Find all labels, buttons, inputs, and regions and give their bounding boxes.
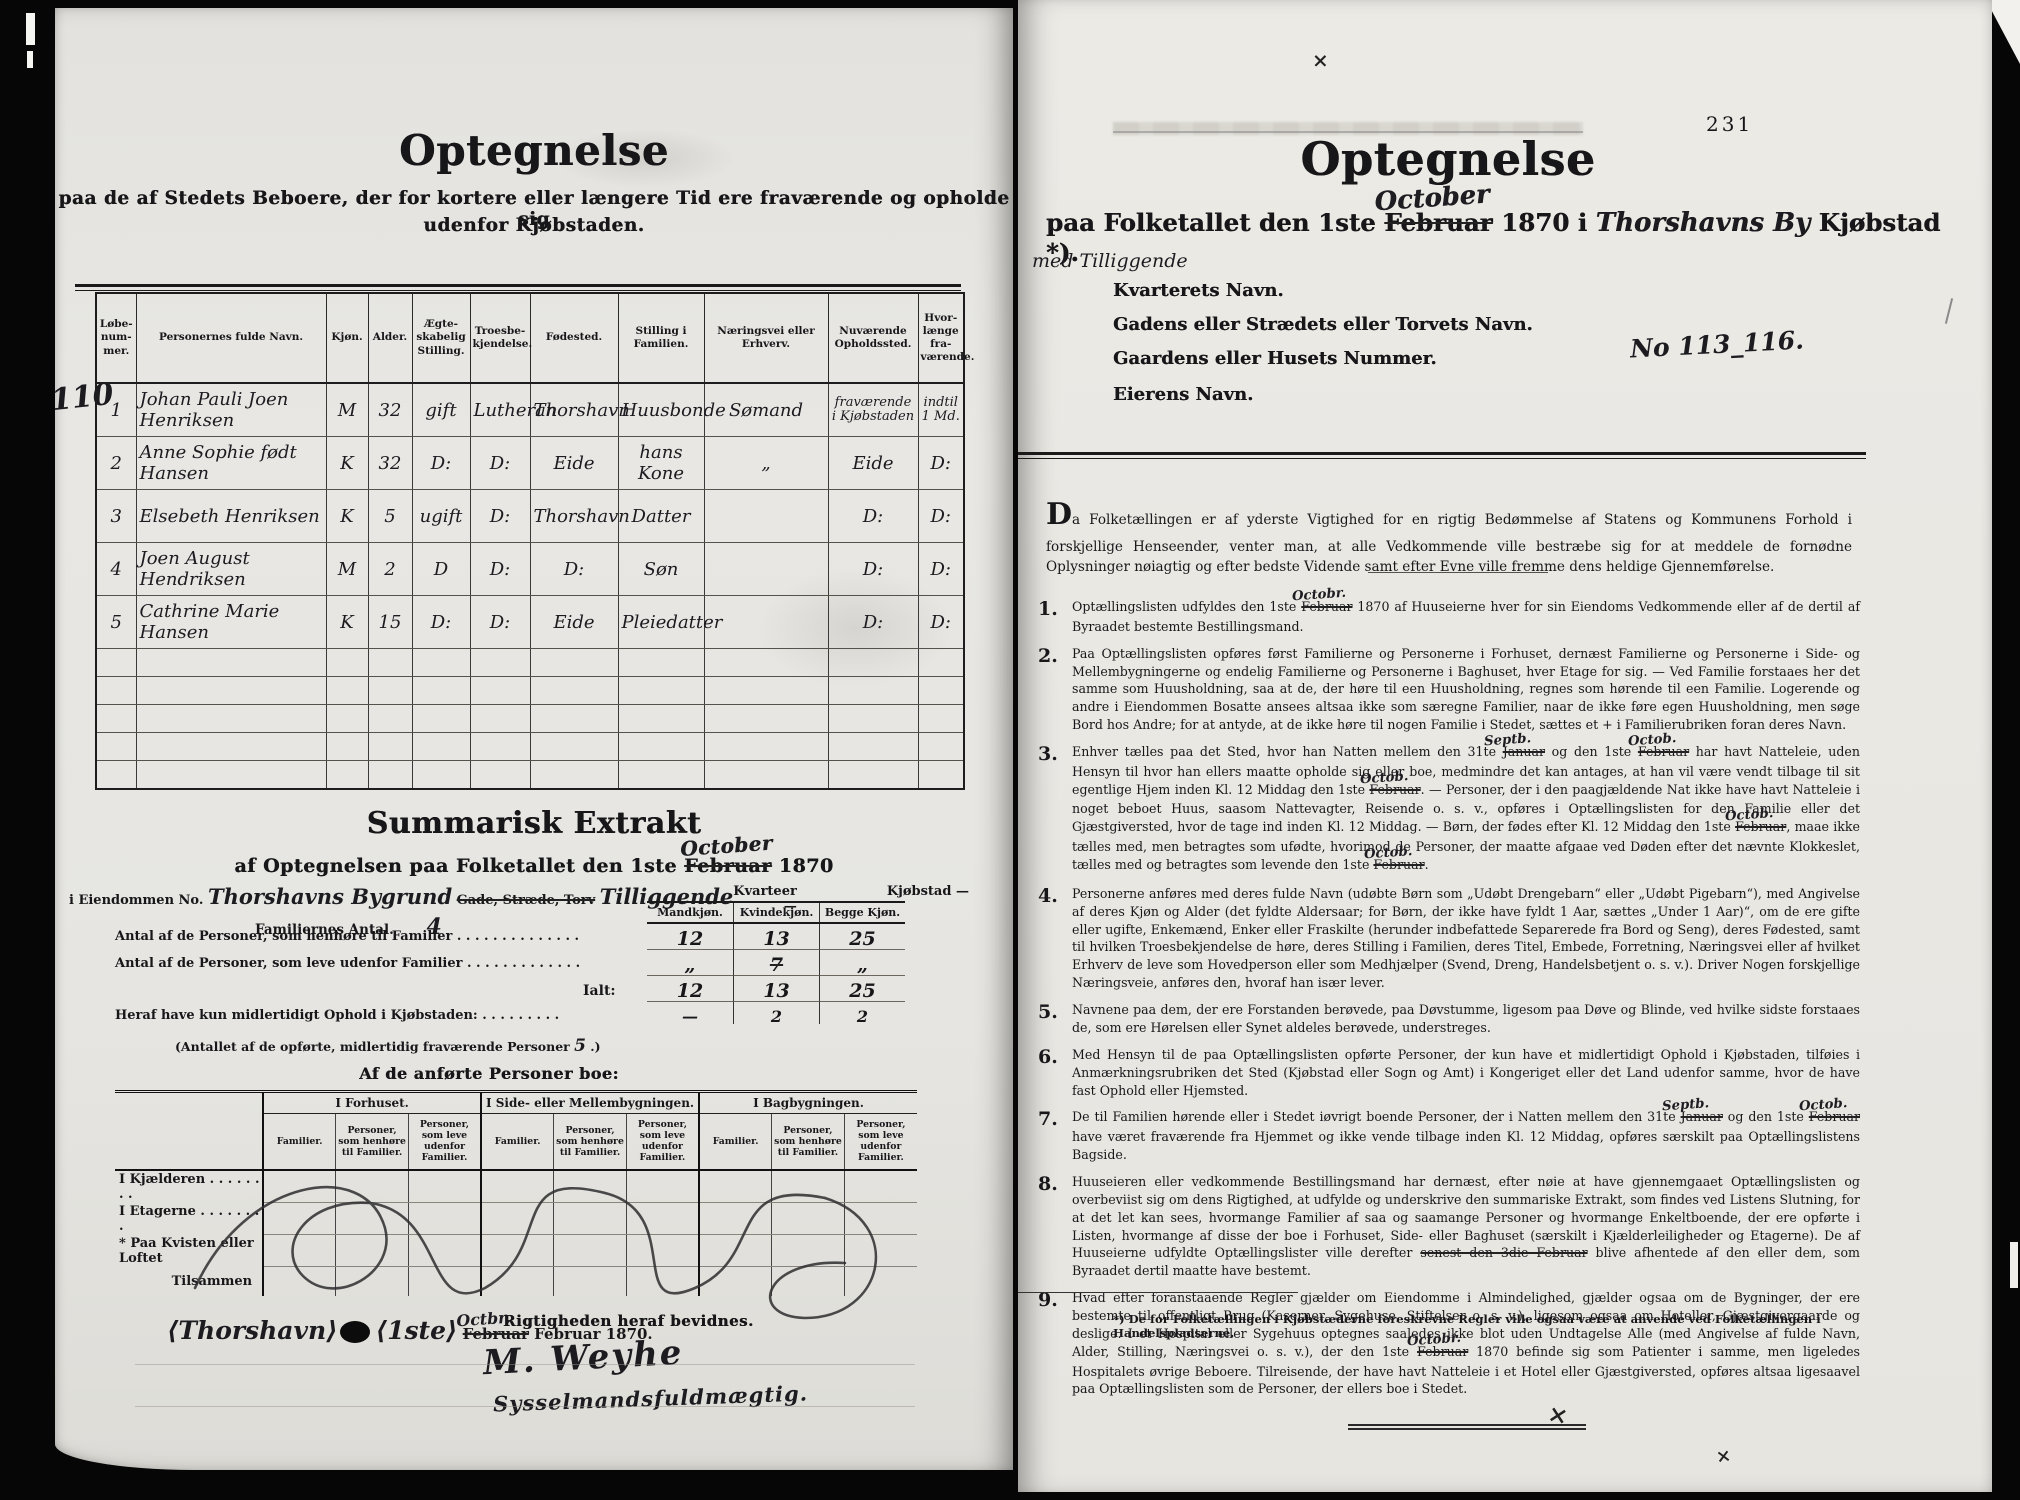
mini-table-row-temporary: — 2 2 bbox=[647, 1002, 905, 1024]
instruction-item: 9. Hvad efter foranstaaende Regler gjæld… bbox=[1038, 1289, 1860, 1398]
divider-rule bbox=[75, 284, 961, 291]
table-row-empty bbox=[96, 705, 964, 733]
cell-sex: K bbox=[326, 596, 368, 649]
cell-marital: D bbox=[412, 543, 470, 596]
cell-age: 5 bbox=[368, 490, 412, 543]
col-header-kjon: Kjøn. bbox=[326, 293, 368, 383]
cell-marital: gift bbox=[412, 383, 470, 437]
instruction-item: 2. Paa Optællingslisten opføres først Fa… bbox=[1038, 645, 1860, 734]
item-text: Hvad efter foranstaaende Regler gjælder … bbox=[1072, 1289, 1860, 1398]
footnote-rule bbox=[1018, 1292, 1298, 1293]
group-bagbygningen: I Bagbygningen. bbox=[699, 1092, 917, 1114]
item-text: De til Familien hørende eller i Stedet i… bbox=[1072, 1108, 1860, 1164]
attestation-line: Rigtigheden heraf bevidnes. bbox=[503, 1312, 754, 1330]
cell-no: 5 bbox=[96, 596, 136, 649]
handwritten-addition: med Tilliggende bbox=[1032, 250, 1188, 272]
cell-marital: ugift bbox=[412, 490, 470, 543]
pen-x-mark: × bbox=[1312, 48, 1329, 72]
extract-title: Summarisk Extrakt bbox=[55, 806, 1013, 841]
cell-duration: D: bbox=[918, 596, 964, 649]
total-label: Ialt: bbox=[583, 983, 616, 999]
mini-table-header: Mandkjøn. Kvindekjøn. Begge Kjøn. bbox=[647, 903, 905, 924]
sub-henhore: Personer, som henhøre til Familier. bbox=[336, 1114, 409, 1170]
col-header-fravarende: Hvor- længe fra- værende. bbox=[918, 293, 964, 383]
cell-name: Johan Pauli Joen Henriksen bbox=[136, 383, 326, 437]
sub-udenfor: Personer, som leve udenfor Familier. bbox=[844, 1114, 917, 1170]
cell-residence: D: bbox=[828, 543, 918, 596]
scan-notch bbox=[27, 51, 33, 68]
ink-blot bbox=[340, 1321, 370, 1343]
scanned-census-spread: Optegnelse paa de af Stedets Beboere, de… bbox=[0, 0, 2020, 1500]
cell-family: Pleiedatter bbox=[618, 596, 704, 649]
col-mandkjon: Mandkjøn. bbox=[647, 903, 733, 922]
residence-table: I Forhuset. I Side- eller Mellembygninge… bbox=[115, 1090, 917, 1296]
col-beggekjon: Begge Kjøn. bbox=[819, 903, 905, 922]
cell-faith: D: bbox=[470, 543, 530, 596]
label-street: Gadens eller Strædets eller Torvets Navn… bbox=[1113, 314, 1533, 335]
table-row-empty bbox=[96, 649, 964, 677]
cell-duration: D: bbox=[918, 543, 964, 596]
item-number: 2. bbox=[1038, 645, 1072, 734]
section-rule bbox=[1368, 572, 1548, 573]
group-forhuset: I Forhuset. bbox=[263, 1092, 481, 1114]
cell-family: hans Kone bbox=[618, 437, 704, 490]
scan-edge-mark bbox=[2010, 1242, 2018, 1288]
summary-mini-table: Mandkjøn. Kvindekjøn. Begge Kjøn. 12 13 … bbox=[647, 901, 905, 1024]
table-row-empty bbox=[96, 733, 964, 761]
divider-rule bbox=[1018, 452, 1866, 459]
col-header-stand: Ægte- skabelig Stilling. bbox=[412, 293, 470, 383]
item-text: Med Hensyn til de paa Optællingslisten o… bbox=[1072, 1046, 1860, 1100]
cell-duration: D: bbox=[918, 437, 964, 490]
cell-birth: D: bbox=[530, 543, 618, 596]
mini-table-row: „ 7 „ bbox=[647, 950, 905, 976]
cell-duration: D: bbox=[918, 490, 964, 543]
value-cell: — bbox=[647, 1002, 733, 1024]
pen-x-mark: × bbox=[1715, 1445, 1733, 1468]
cell-duration: indtil 1 Md. bbox=[918, 383, 964, 437]
cell-faith: D: bbox=[470, 437, 530, 490]
bleedthrough-line bbox=[135, 1406, 915, 1407]
footnote: *) De for Folketællingen i Kjøbstæderne … bbox=[1113, 1312, 1833, 1340]
cell-age: 32 bbox=[368, 437, 412, 490]
cell-residence: D: bbox=[828, 490, 918, 543]
cell-faith: D: bbox=[470, 596, 530, 649]
item-number: 8. bbox=[1038, 1173, 1072, 1280]
label-owner: Eierens Navn. bbox=[1113, 384, 1253, 405]
table-row: 2 Anne Sophie født Hansen K 32 D: D: Eid… bbox=[96, 437, 964, 490]
col-header-lobenummer: Løbe- num- mer. bbox=[96, 293, 136, 383]
item-number: 1. bbox=[1038, 598, 1072, 636]
sub-familier: Familier. bbox=[699, 1114, 772, 1170]
instruction-item: 8. Huuseieren eller vedkommende Bestilli… bbox=[1038, 1173, 1860, 1280]
place-handwritten: ⟨Thorshavn⟩ bbox=[167, 1316, 338, 1345]
group-mellembygningen: I Side- eller Mellembygningen. bbox=[481, 1092, 699, 1114]
cell-residence: Eide bbox=[828, 437, 918, 490]
cell-age: 15 bbox=[368, 596, 412, 649]
instruction-item: 5. Navnene paa dem, der ere Forstanden b… bbox=[1038, 1001, 1860, 1037]
instructions-list: 1. Optællingslisten udfyldes den 1ste Fe… bbox=[1038, 598, 1860, 1407]
col-kvindekjon: Kvindekjøn. bbox=[733, 903, 819, 922]
cell-family: Datter bbox=[618, 490, 704, 543]
cell-faith: Lutheran bbox=[470, 383, 530, 437]
value-cell: 2 bbox=[819, 1002, 905, 1024]
table-header-row: Løbe- num- mer. Personernes fulde Navn. … bbox=[96, 293, 964, 383]
table-row-empty bbox=[96, 761, 964, 790]
col-header-stilling: Stilling i Familien. bbox=[618, 293, 704, 383]
cell-marital: D: bbox=[412, 596, 470, 649]
cell-sex: M bbox=[326, 543, 368, 596]
col-header-navn: Personernes fulde Navn. bbox=[136, 293, 326, 383]
cell-trade bbox=[704, 596, 828, 649]
item-text: Paa Optællingslisten opføres først Famil… bbox=[1072, 645, 1860, 734]
row-kvisten: * Paa Kvisten eller Loftet bbox=[115, 1235, 263, 1267]
cell-no: 1 bbox=[96, 383, 136, 437]
cell-sex: K bbox=[326, 490, 368, 543]
house-number-handwritten: No 113_116. bbox=[1629, 325, 1804, 363]
residence-heading: Af de anførte Personer boe: bbox=[55, 1064, 923, 1083]
sub-familier: Familier. bbox=[263, 1114, 336, 1170]
cell-age: 32 bbox=[368, 383, 412, 437]
cell-family: Huusbonde bbox=[618, 383, 704, 437]
cell-name: Anne Sophie født Hansen bbox=[136, 437, 326, 490]
col-header-troesbekjendelse: Troesbe- kjendelse. bbox=[470, 293, 530, 383]
mini-table-row-total: 12 13 25 bbox=[647, 976, 905, 1002]
table-row: 5 Cathrine Marie Hansen K 15 D: D: Eide … bbox=[96, 596, 964, 649]
cell-residence: fraværende i Kjøbstaden bbox=[828, 383, 918, 437]
value-cell: 25 bbox=[819, 924, 905, 950]
temporary-stay-label: Heraf have kun midlertidigt Ophold i Kjø… bbox=[115, 1008, 559, 1023]
label-quarter: Kvarterets Navn. bbox=[1113, 280, 1284, 301]
right-page-title: Optegnelse bbox=[1018, 132, 1878, 186]
cell-name: Elsebeth Henriksen bbox=[136, 490, 326, 543]
value-cell: 12 bbox=[647, 976, 733, 1002]
cell-trade: „ bbox=[704, 437, 828, 490]
bleedthrough-line bbox=[135, 1364, 915, 1365]
absentees-table: Løbe- num- mer. Personernes fulde Navn. … bbox=[95, 292, 965, 790]
signature-title: Sysselmandsfuldmægtig. bbox=[493, 1381, 809, 1417]
col-header-opholdssted: Nuværende Opholdssted. bbox=[828, 293, 918, 383]
cell-residence: D: bbox=[828, 596, 918, 649]
row-tilsammen: Tilsammen bbox=[115, 1267, 263, 1296]
left-page-title: Optegnelse bbox=[55, 126, 1013, 175]
instruction-item: 4. Personerne anføres med deres fulde Na… bbox=[1038, 885, 1860, 992]
table-row-empty bbox=[96, 677, 964, 705]
cell-birth: Eide bbox=[530, 596, 618, 649]
table-row: 1 Johan Pauli Joen Henriksen M 32 gift L… bbox=[96, 383, 964, 437]
cell-name: Joen August Hendriksen bbox=[136, 543, 326, 596]
sub-henhore: Personer, som henhøre til Familier. bbox=[772, 1114, 845, 1170]
instruction-item: 7. De til Familien hørende eller i Stede… bbox=[1038, 1108, 1860, 1164]
mini-table-row: 12 13 25 bbox=[647, 924, 905, 950]
cell-birth: Thorshavn bbox=[530, 490, 618, 543]
pen-stroke bbox=[1945, 298, 1953, 324]
value-cell: 13 bbox=[733, 976, 819, 1002]
item-text: Navnene paa dem, der ere Forstanden berø… bbox=[1072, 1001, 1860, 1037]
sub-familier: Familier. bbox=[481, 1114, 554, 1170]
item-text: Personerne anføres med deres fulde Navn … bbox=[1072, 885, 1860, 992]
instruction-item: 1. Optællingslisten udfyldes den 1ste Fe… bbox=[1038, 598, 1860, 636]
item-number: 4. bbox=[1038, 885, 1072, 992]
absent-persons-note: (Antallet af de opførte, midlertidig fra… bbox=[175, 1036, 601, 1056]
cell-name: Cathrine Marie Hansen bbox=[136, 596, 326, 649]
sub-udenfor: Personer, som leve udenfor Familier. bbox=[408, 1114, 481, 1170]
table-row: 4 Joen August Hendriksen M 2 D D: D: Søn… bbox=[96, 543, 964, 596]
col-header-fodested: Fødested. bbox=[530, 293, 618, 383]
cell-family: Søn bbox=[618, 543, 704, 596]
persons-outside-families-label: Antal af de Personer, som leve udenfor F… bbox=[115, 956, 580, 971]
cell-no: 2 bbox=[96, 437, 136, 490]
instruction-item: 6. Med Hensyn til de paa Optællingsliste… bbox=[1038, 1046, 1860, 1100]
value-cell: 7 bbox=[733, 950, 819, 976]
value-cell: 12 bbox=[647, 924, 733, 950]
cell-no: 4 bbox=[96, 543, 136, 596]
cell-birth: Eide bbox=[530, 437, 618, 490]
cell-trade bbox=[704, 543, 828, 596]
cell-birth: Thorshavn bbox=[530, 383, 618, 437]
cell-no: 3 bbox=[96, 490, 136, 543]
day-handwritten: ⟨1ste⟩ bbox=[376, 1316, 458, 1345]
extract-subtitle: af Optegnelsen paa Folketallet den 1ste … bbox=[55, 853, 1013, 877]
item-number: 5. bbox=[1038, 1001, 1072, 1037]
value-cell: 25 bbox=[819, 976, 905, 1002]
sub-henhore: Personer, som henhøre til Familier. bbox=[554, 1114, 627, 1170]
property-line-left: i Eiendommen No. Thorshavns Bygrund Gade… bbox=[69, 884, 733, 914]
left-page: Optegnelse paa de af Stedets Beboere, de… bbox=[55, 8, 1013, 1470]
item-number: 3. bbox=[1038, 743, 1072, 876]
item-text: Huuseieren eller vedkommende Bestillings… bbox=[1072, 1173, 1860, 1280]
intro-paragraph: Da Folketællingen er af yderste Vigtighe… bbox=[1046, 492, 1852, 578]
label-house-number: Gaardens eller Husets Nummer. bbox=[1113, 348, 1437, 369]
cell-age: 2 bbox=[368, 543, 412, 596]
cell-faith: D: bbox=[470, 490, 530, 543]
scan-notch bbox=[26, 13, 35, 45]
row-etagerne: I Etagerne . . . . . . . . bbox=[115, 1203, 263, 1235]
right-page: 231 Optegnelse paa Folketallet den 1ste … bbox=[1018, 0, 1992, 1492]
cell-sex: K bbox=[326, 437, 368, 490]
value-cell: 2 bbox=[733, 1002, 819, 1024]
item-number: 6. bbox=[1038, 1046, 1072, 1100]
item-text: Enhver tælles paa det Sted, hvor han Nat… bbox=[1072, 743, 1860, 876]
value-cell: 13 bbox=[733, 924, 819, 950]
col-header-naringsvei: Næringsvei eller Erhverv. bbox=[704, 293, 828, 383]
item-number: 7. bbox=[1038, 1108, 1072, 1164]
sub-udenfor: Personer, som leve udenfor Familier. bbox=[626, 1114, 699, 1170]
cell-sex: M bbox=[326, 383, 368, 437]
col-header-alder: Alder. bbox=[368, 293, 412, 383]
value-cell: „ bbox=[647, 950, 733, 976]
item-number: 9. bbox=[1038, 1289, 1072, 1398]
cell-marital: D: bbox=[412, 437, 470, 490]
item-text: Optællingslisten udfyldes den 1ste Febru… bbox=[1072, 598, 1860, 636]
value-cell: „ bbox=[819, 950, 905, 976]
persons-in-families-label: Antal af de Personer, som henhøre til Fa… bbox=[115, 929, 579, 944]
left-page-subtitle: udenfor Kjøbstaden. bbox=[55, 215, 1013, 236]
cell-trade bbox=[704, 490, 828, 543]
table-row: 3 Elsebeth Henriksen K 5 ugift D: Thorsh… bbox=[96, 490, 964, 543]
row-kjaelderen: I Kjælderen . . . . . . . . bbox=[115, 1170, 263, 1203]
instruction-item: 3. Enhver tælles paa det Sted, hvor han … bbox=[1038, 743, 1860, 876]
